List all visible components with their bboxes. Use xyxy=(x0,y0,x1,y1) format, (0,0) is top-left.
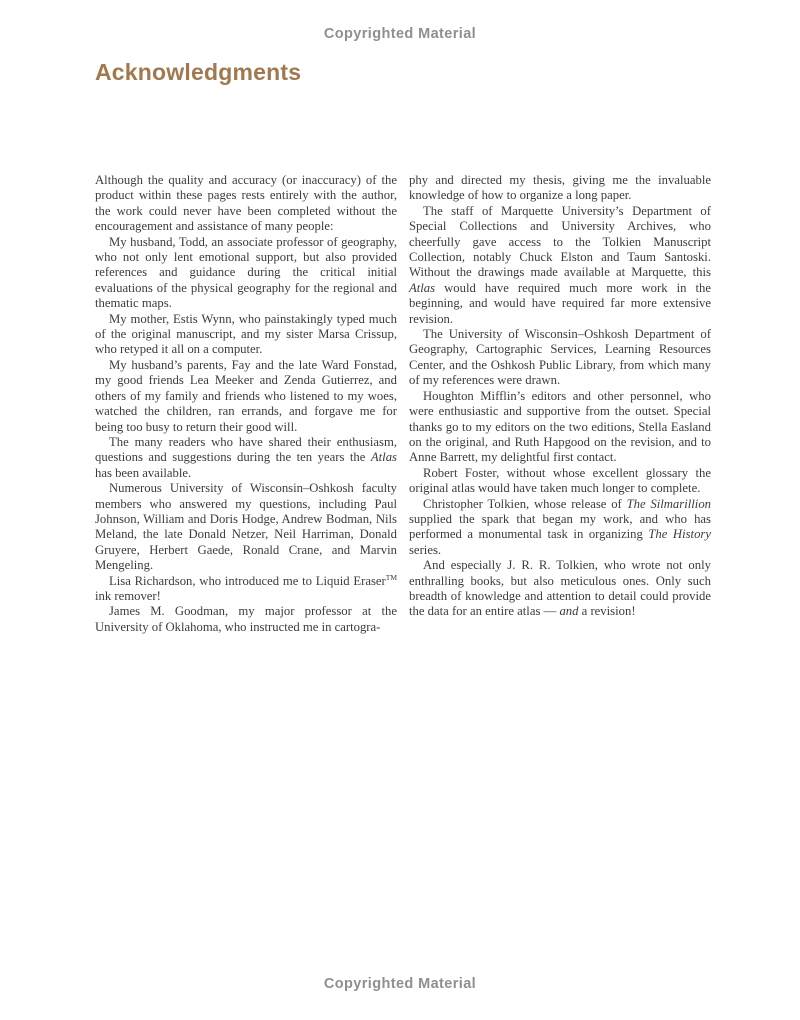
paragraph: Lisa Richardson, who introduced me to Li… xyxy=(95,574,397,605)
body-text: My mother, Estis Wynn, who painstakingly… xyxy=(95,312,397,357)
body-text: Lisa Richardson, who introduced me to Li… xyxy=(109,574,386,588)
copyright-notice-top: Copyrighted Material xyxy=(0,26,800,42)
body-text: The staff of Marquette University’s Depa… xyxy=(409,204,711,280)
body-text: Numerous University of Wisconsin–Oshkosh… xyxy=(95,481,397,572)
trademark-superscript: TM xyxy=(386,572,397,581)
body-text: Christopher Tolkien, whose release of xyxy=(423,497,627,511)
paragraph: My husband, Todd, an associate professor… xyxy=(95,235,397,312)
italic-text: Atlas xyxy=(371,450,397,464)
body-text: has been available. xyxy=(95,466,191,480)
body-text: My husband, Todd, an associate professor… xyxy=(95,235,397,311)
italic-text: The History xyxy=(648,527,711,541)
paragraph: The University of Wisconsin–Oshkosh Depa… xyxy=(409,327,711,389)
body-text: The University of Wisconsin–Oshkosh Depa… xyxy=(409,327,711,387)
body-text: Robert Foster, without whose excellent g… xyxy=(409,466,711,495)
paragraph: Robert Foster, without whose excellent g… xyxy=(409,466,711,497)
text-columns: Although the quality and accuracy (or in… xyxy=(95,173,711,635)
paragraph: Although the quality and accuracy (or in… xyxy=(95,173,397,235)
paragraph: The staff of Marquette University’s Depa… xyxy=(409,204,711,327)
italic-text: Atlas xyxy=(409,281,435,295)
body-text: phy and directed my thesis, giving me th… xyxy=(409,173,711,202)
italic-text: and xyxy=(559,604,578,618)
body-text: would have required much more work in th… xyxy=(409,281,711,326)
paragraph: My mother, Estis Wynn, who painstakingly… xyxy=(95,312,397,358)
body-text: Houghton Mifflin’s editors and other per… xyxy=(409,389,711,465)
body-text: The many readers who have shared their e… xyxy=(95,435,397,464)
paragraph: Houghton Mifflin’s editors and other per… xyxy=(409,389,711,466)
paragraph: My husband’s parents, Fay and the late W… xyxy=(95,358,397,435)
page-title: Acknowledgments xyxy=(95,59,301,86)
paragraph: The many readers who have shared their e… xyxy=(95,435,397,481)
right-column: phy and directed my thesis, giving me th… xyxy=(409,173,711,635)
body-text: Although the quality and accuracy (or in… xyxy=(95,173,397,233)
paragraph: Christopher Tolkien, whose release of Th… xyxy=(409,497,711,559)
paragraph: And especially J. R. R. Tolkien, who wro… xyxy=(409,558,711,620)
body-text: a revision! xyxy=(578,604,635,618)
paragraph: James M. Goodman, my major professor at … xyxy=(95,604,397,635)
paragraph: Numerous University of Wisconsin–Oshkosh… xyxy=(95,481,397,573)
body-text: series. xyxy=(409,543,441,557)
body-text: James M. Goodman, my major professor at … xyxy=(95,604,397,633)
left-column: Although the quality and accuracy (or in… xyxy=(95,173,397,635)
copyright-notice-bottom: Copyrighted Material xyxy=(0,976,800,992)
body-text: ink remover! xyxy=(95,589,161,603)
book-page: Copyrighted Material Acknowledgments Alt… xyxy=(0,0,800,1020)
italic-text: The Silmarillion xyxy=(627,497,711,511)
paragraph: phy and directed my thesis, giving me th… xyxy=(409,173,711,204)
body-text: My husband’s parents, Fay and the late W… xyxy=(95,358,397,434)
